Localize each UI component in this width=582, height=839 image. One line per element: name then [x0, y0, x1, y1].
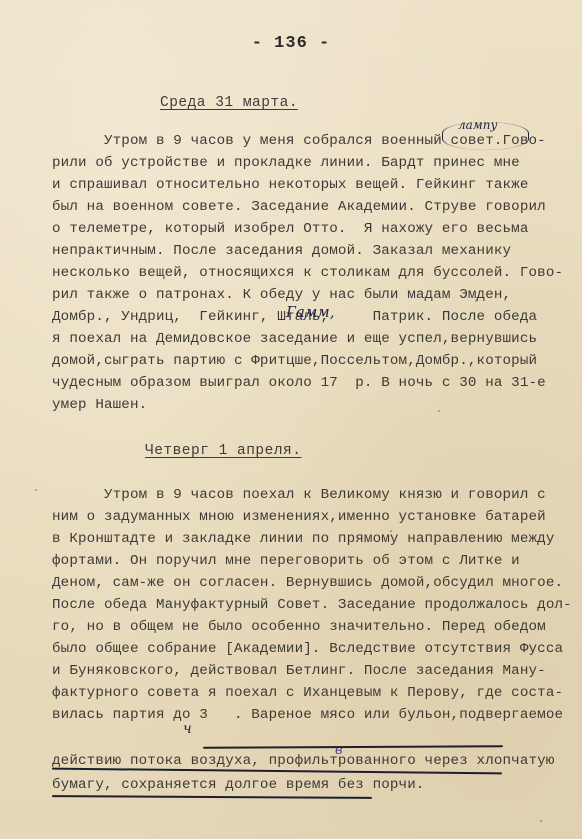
document-page: - 136 - Среда 31 марта. Утром в 9 часов …	[0, 0, 582, 839]
section-heading-thursday: Четверг 1 апреля.	[145, 443, 301, 459]
text-line: несколько вещей, относящихся к столикам …	[52, 264, 563, 282]
text-line: Утром в 9 часов поехал к Великому князю …	[52, 486, 546, 504]
text-line: и спрашивал относительно некоторых вещей…	[52, 176, 529, 194]
section-heading-wednesday: Среда 31 марта.	[160, 95, 298, 111]
paper-speck	[35, 489, 37, 491]
paper-speck	[390, 530, 392, 532]
paper-speck	[540, 820, 542, 822]
text-line: домой,сыграть партию с Фритцше,Поссельто…	[52, 352, 537, 370]
text-line: действию потока воздуха, профильтрованно…	[52, 752, 555, 770]
text-line: и Буняковского, действовал Бетлинг. Посл…	[52, 662, 546, 680]
text-line: фортами. Он поручил мне переговорить об …	[52, 552, 520, 570]
handwritten-insert: лампу	[458, 118, 497, 132]
paper-speck	[475, 300, 477, 302]
ink-underline	[52, 795, 372, 798]
text-line: бумагу, сохраняется долгое время без пор…	[52, 776, 425, 794]
handwritten-name: Гамм,	[286, 303, 335, 321]
text-line: о телеметре, который изобрел Отто. Я нах…	[52, 220, 529, 238]
text-line: умер Нашен.	[52, 396, 147, 414]
text-line: После обеда Мануфактурный Совет. Заседан…	[52, 596, 572, 614]
page-number: - 136 -	[0, 34, 582, 53]
text-line: рили об устройстве и прокладке линии. Ба…	[52, 154, 520, 172]
handwritten-superscript: ч	[183, 721, 192, 737]
text-line: рил также о патронах. К обеду у нас были…	[52, 286, 511, 304]
text-line: был на военном совете. Заседание Академи…	[52, 198, 546, 216]
text-line: фактурного совета я поехал с Иханцевым к…	[52, 684, 563, 702]
paper-speck	[438, 410, 440, 412]
text-line: чудесным образом выиграл около 17 р. В н…	[52, 374, 546, 392]
text-line: непрактичным. После заседания домой. Зак…	[52, 242, 511, 260]
text-line: в Кронштадте и закладке линии по прямому…	[52, 530, 555, 548]
text-line: вилась партия до 3 . Вареное мясо или бу…	[52, 706, 563, 724]
text-line: я поехал на Демидовское заседание и еще …	[52, 330, 537, 348]
text-line: Деном, сам-же он согласен. Вернувшись до…	[52, 574, 563, 592]
ink-underline	[203, 745, 503, 748]
text-line: было общее собрание [Академии]. Вследств…	[52, 640, 563, 658]
text-line: го, но в общем не было особенно значител…	[52, 618, 546, 636]
text-line: ним о задуманных мною изменениях,именно …	[52, 508, 546, 526]
